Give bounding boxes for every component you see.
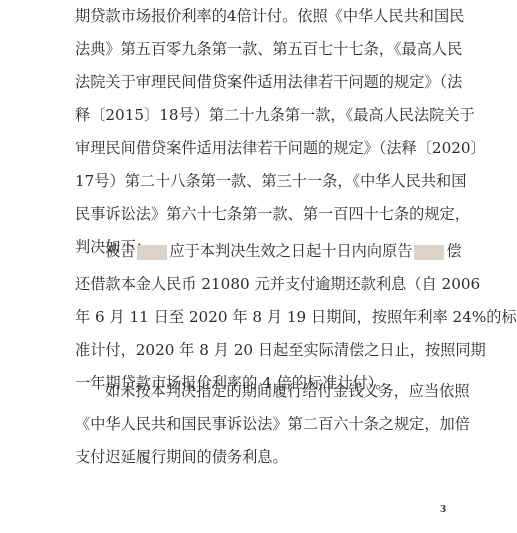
text-line: 17号）第二十八条第一款、第三十一条，《中华人民共和国 — [75, 170, 445, 192]
judgment-first-line: 被告应于本判决生效之日起十日内向原告偿 — [105, 240, 445, 262]
text-line: 《中华人民共和国民事诉讼法》第二百六十条之规定，加倍 — [75, 413, 445, 435]
text-line: 年 6 月 11 日至 2020 年 8 月 19 日期间，按照年利率 24%的… — [75, 306, 445, 328]
redacted-defendant-name — [137, 245, 167, 260]
page-number: 3 — [440, 505, 446, 515]
text-line: 民事诉讼法》第六十七条第一款、第一百四十七条的规定， — [75, 203, 445, 225]
text-line: 法典》第五百零九条第一款、第五百七十七条，《最高人民 — [75, 38, 445, 60]
text-line: 还借款本金人民币 21080 元并支付逾期还款利息（自 2006 — [75, 273, 445, 295]
text-line: 准计付，2020 年 8 月 20 日起至实际清偿之日止，按照同期 — [75, 339, 445, 361]
text-line: 法院关于审理民间借贷案件适用法律若干问题的规定》（法 — [75, 71, 445, 93]
text-line: 释〔2015〕18号）第二十九条第一款，《最高人民法院关于 — [75, 104, 445, 126]
text-line: 支付迟延履行期间的债务利息。 — [75, 446, 445, 468]
notice-first-line: 如未按本判决指定的期间履行给付金钱义务，应当依照 — [105, 380, 445, 402]
document-page: 期贷款市场报价利率的4倍计付。依照《中华人民共和国民 法典》第五百零九条第一款、… — [0, 0, 517, 533]
redacted-plaintiff-name — [414, 245, 444, 260]
defendant-label: 被告 — [105, 242, 135, 260]
text-line: 期贷款市场报价利率的4倍计付。依照《中华人民共和国民 — [75, 5, 445, 27]
judgment-text-end: 偿 — [446, 242, 461, 260]
judgment-text: 应于本判决生效之日起十日内向原告 — [169, 242, 412, 260]
text-line: 审理民间借贷案件适用法律若干问题的规定》（法释〔2020〕 — [75, 137, 445, 159]
